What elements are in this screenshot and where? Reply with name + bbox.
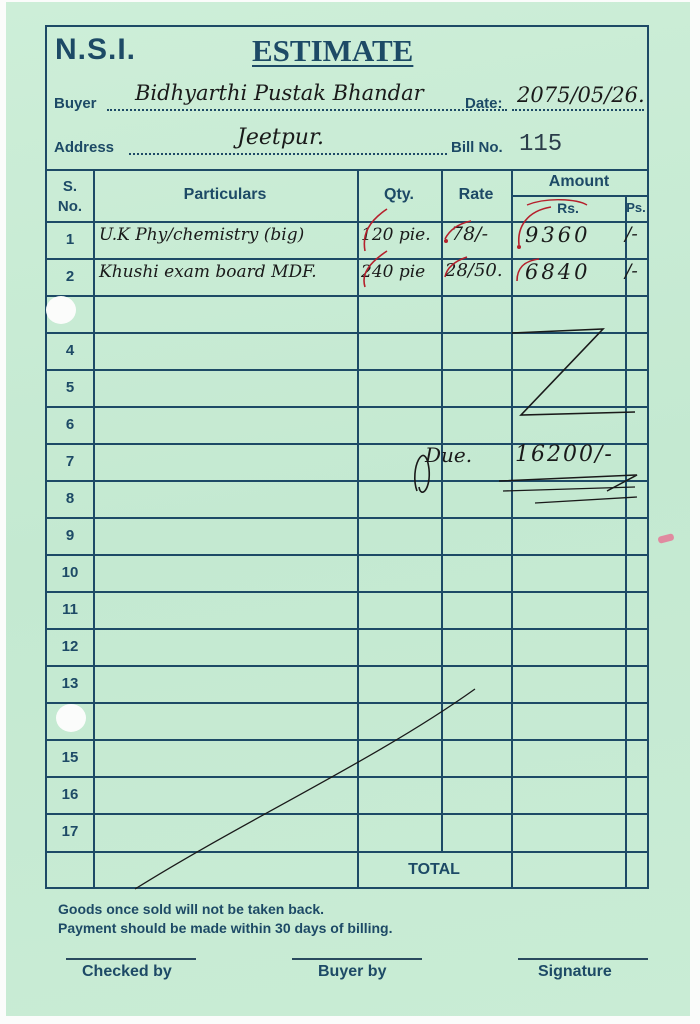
checked-by-line bbox=[66, 958, 196, 960]
footer-note-payment: Payment should be made within 30 days of… bbox=[58, 920, 393, 936]
buyer-by-line bbox=[292, 958, 422, 960]
company-name: N.S.I. bbox=[55, 33, 136, 67]
bill-no-label: Bill No. bbox=[451, 139, 503, 156]
buyer-value[interactable]: Bidhyarthi Pustak Bhandar bbox=[135, 81, 424, 105]
date-label: Date: bbox=[465, 95, 503, 112]
checked-by-label: Checked by bbox=[82, 963, 172, 981]
bill-no-value: 115 bbox=[519, 131, 562, 158]
items-table: S. No. Particulars Qty. Rate Amount Rs. … bbox=[47, 169, 647, 889]
due-label: Due. bbox=[425, 443, 472, 467]
estimate-form: N.S.I. ESTIMATE Buyer Bidhyarthi Pustak … bbox=[45, 25, 649, 889]
total-label: TOTAL bbox=[357, 861, 511, 879]
punch-hole-top bbox=[46, 296, 76, 324]
total-amount-cell[interactable] bbox=[511, 859, 625, 885]
buyer-line bbox=[107, 109, 507, 111]
address-label: Address bbox=[54, 139, 114, 156]
footer-note-returns: Goods once sold will not be taken back. bbox=[58, 901, 324, 917]
date-value[interactable]: 2075/05/26. bbox=[517, 83, 645, 107]
buyer-by-label: Buyer by bbox=[318, 963, 386, 981]
pen-annotations bbox=[47, 169, 647, 889]
signature-line bbox=[518, 958, 648, 960]
buyer-label: Buyer bbox=[54, 95, 97, 112]
address-line bbox=[129, 153, 447, 155]
address-value[interactable]: Jeetpur. bbox=[237, 125, 324, 150]
due-value[interactable]: 16200/- bbox=[515, 442, 614, 467]
document-title: ESTIMATE bbox=[252, 33, 413, 69]
signature-label: Signature bbox=[538, 963, 612, 981]
date-line bbox=[512, 109, 644, 111]
punch-hole-bottom bbox=[56, 704, 86, 732]
